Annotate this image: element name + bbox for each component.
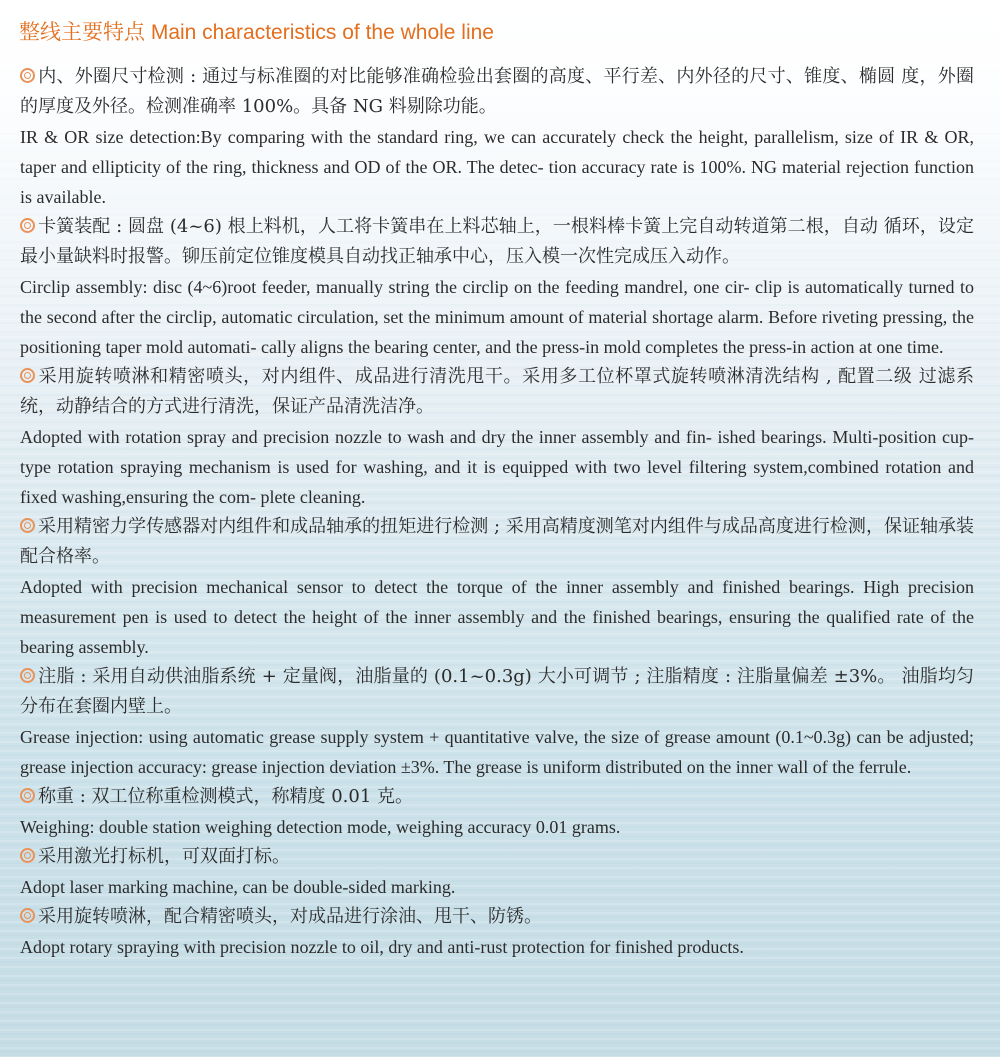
feature-torque-detection: 采用精密力学传感器对内组件和成品轴承的扭矩进行检测 ; 采用高精度测笔对内组件与… xyxy=(20,512,974,662)
feature-zh-text: 采用精密力学传感器对内组件和成品轴承的扭矩进行检测 ; 采用高精度测笔对内组件与… xyxy=(20,516,974,567)
feature-en: Adopt rotary spraying with precision noz… xyxy=(20,932,974,962)
feature-zh: 采用旋转喷淋，配合精密喷头，对成品进行涂油、甩干、防锈。 xyxy=(20,902,974,932)
feature-weighing: 称重 : 双工位称重检测模式，称精度 0.01 克。 Weighing: dou… xyxy=(20,782,974,842)
feature-en: Weighing: double station weighing detect… xyxy=(20,812,974,842)
feature-en: Adopted with rotation spray and precisio… xyxy=(20,422,974,512)
feature-laser-marking: 采用激光打标机，可双面打标。 Adopt laser marking machi… xyxy=(20,842,974,902)
double-circle-icon xyxy=(20,668,35,683)
feature-washing: 采用旋转喷淋和精密喷头，对内组件、成品进行清洗甩干。采用多工位杯罩式旋转喷淋清洗… xyxy=(20,362,974,512)
double-circle-icon xyxy=(20,68,35,83)
feature-zh: 卡簧装配 : 圆盘 (4~6) 根上料机，人工将卡簧串在上料芯轴上，一根料棒卡簧… xyxy=(20,212,974,272)
feature-en: IR & OR size detection:By comparing with… xyxy=(20,122,974,212)
feature-en: Circlip assembly: disc (4~6)root feeder,… xyxy=(20,272,974,362)
feature-zh-text: 注脂 : 采用自动供油脂系统 + 定量阀，油脂量的 (0.1~0.3g) 大小可… xyxy=(20,666,974,717)
feature-size-detection: 内、外圈尺寸检测 : 通过与标准圈的对比能够准确检验出套圈的高度、平行差、内外径… xyxy=(20,62,974,212)
page-title: 整线主要特点 Main characteristics of the whole… xyxy=(19,16,494,46)
feature-grease-injection: 注脂 : 采用自动供油脂系统 + 定量阀，油脂量的 (0.1~0.3g) 大小可… xyxy=(20,662,974,782)
features-list: 内、外圈尺寸检测 : 通过与标准圈的对比能够准确检验出套圈的高度、平行差、内外径… xyxy=(20,62,974,962)
feature-zh-text: 卡簧装配 : 圆盘 (4~6) 根上料机，人工将卡簧串在上料芯轴上，一根料棒卡簧… xyxy=(20,216,974,267)
double-circle-icon xyxy=(20,518,35,533)
feature-zh: 内、外圈尺寸检测 : 通过与标准圈的对比能够准确检验出套圈的高度、平行差、内外径… xyxy=(20,62,974,122)
double-circle-icon xyxy=(20,368,35,383)
feature-zh: 采用激光打标机，可双面打标。 xyxy=(20,842,974,872)
feature-en: Adopt laser marking machine, can be doub… xyxy=(20,872,974,902)
double-circle-icon xyxy=(20,218,35,233)
feature-zh-text: 内、外圈尺寸检测 : 通过与标准圈的对比能够准确检验出套圈的高度、平行差、内外径… xyxy=(20,66,974,117)
feature-zh: 注脂 : 采用自动供油脂系统 + 定量阀，油脂量的 (0.1~0.3g) 大小可… xyxy=(20,662,974,722)
feature-zh-text: 称重 : 双工位称重检测模式，称精度 0.01 克。 xyxy=(38,786,413,807)
feature-rust-protection: 采用旋转喷淋，配合精密喷头，对成品进行涂油、甩干、防锈。 Adopt rotar… xyxy=(20,902,974,962)
double-circle-icon xyxy=(20,788,35,803)
feature-zh-text: 采用旋转喷淋，配合精密喷头，对成品进行涂油、甩干、防锈。 xyxy=(38,906,542,927)
feature-zh: 采用旋转喷淋和精密喷头，对内组件、成品进行清洗甩干。采用多工位杯罩式旋转喷淋清洗… xyxy=(20,362,974,422)
feature-circlip-assembly: 卡簧装配 : 圆盘 (4~6) 根上料机，人工将卡簧串在上料芯轴上，一根料棒卡簧… xyxy=(20,212,974,362)
feature-zh-text: 采用旋转喷淋和精密喷头，对内组件、成品进行清洗甩干。采用多工位杯罩式旋转喷淋清洗… xyxy=(20,366,974,417)
double-circle-icon xyxy=(20,848,35,863)
feature-zh: 采用精密力学传感器对内组件和成品轴承的扭矩进行检测 ; 采用高精度测笔对内组件与… xyxy=(20,512,974,572)
feature-en: Adopted with precision mechanical sensor… xyxy=(20,572,974,662)
feature-zh: 称重 : 双工位称重检测模式，称精度 0.01 克。 xyxy=(20,782,974,812)
double-circle-icon xyxy=(20,908,35,923)
feature-zh-text: 采用激光打标机，可双面打标。 xyxy=(38,846,290,867)
feature-en: Grease injection: using automatic grease… xyxy=(20,722,974,782)
